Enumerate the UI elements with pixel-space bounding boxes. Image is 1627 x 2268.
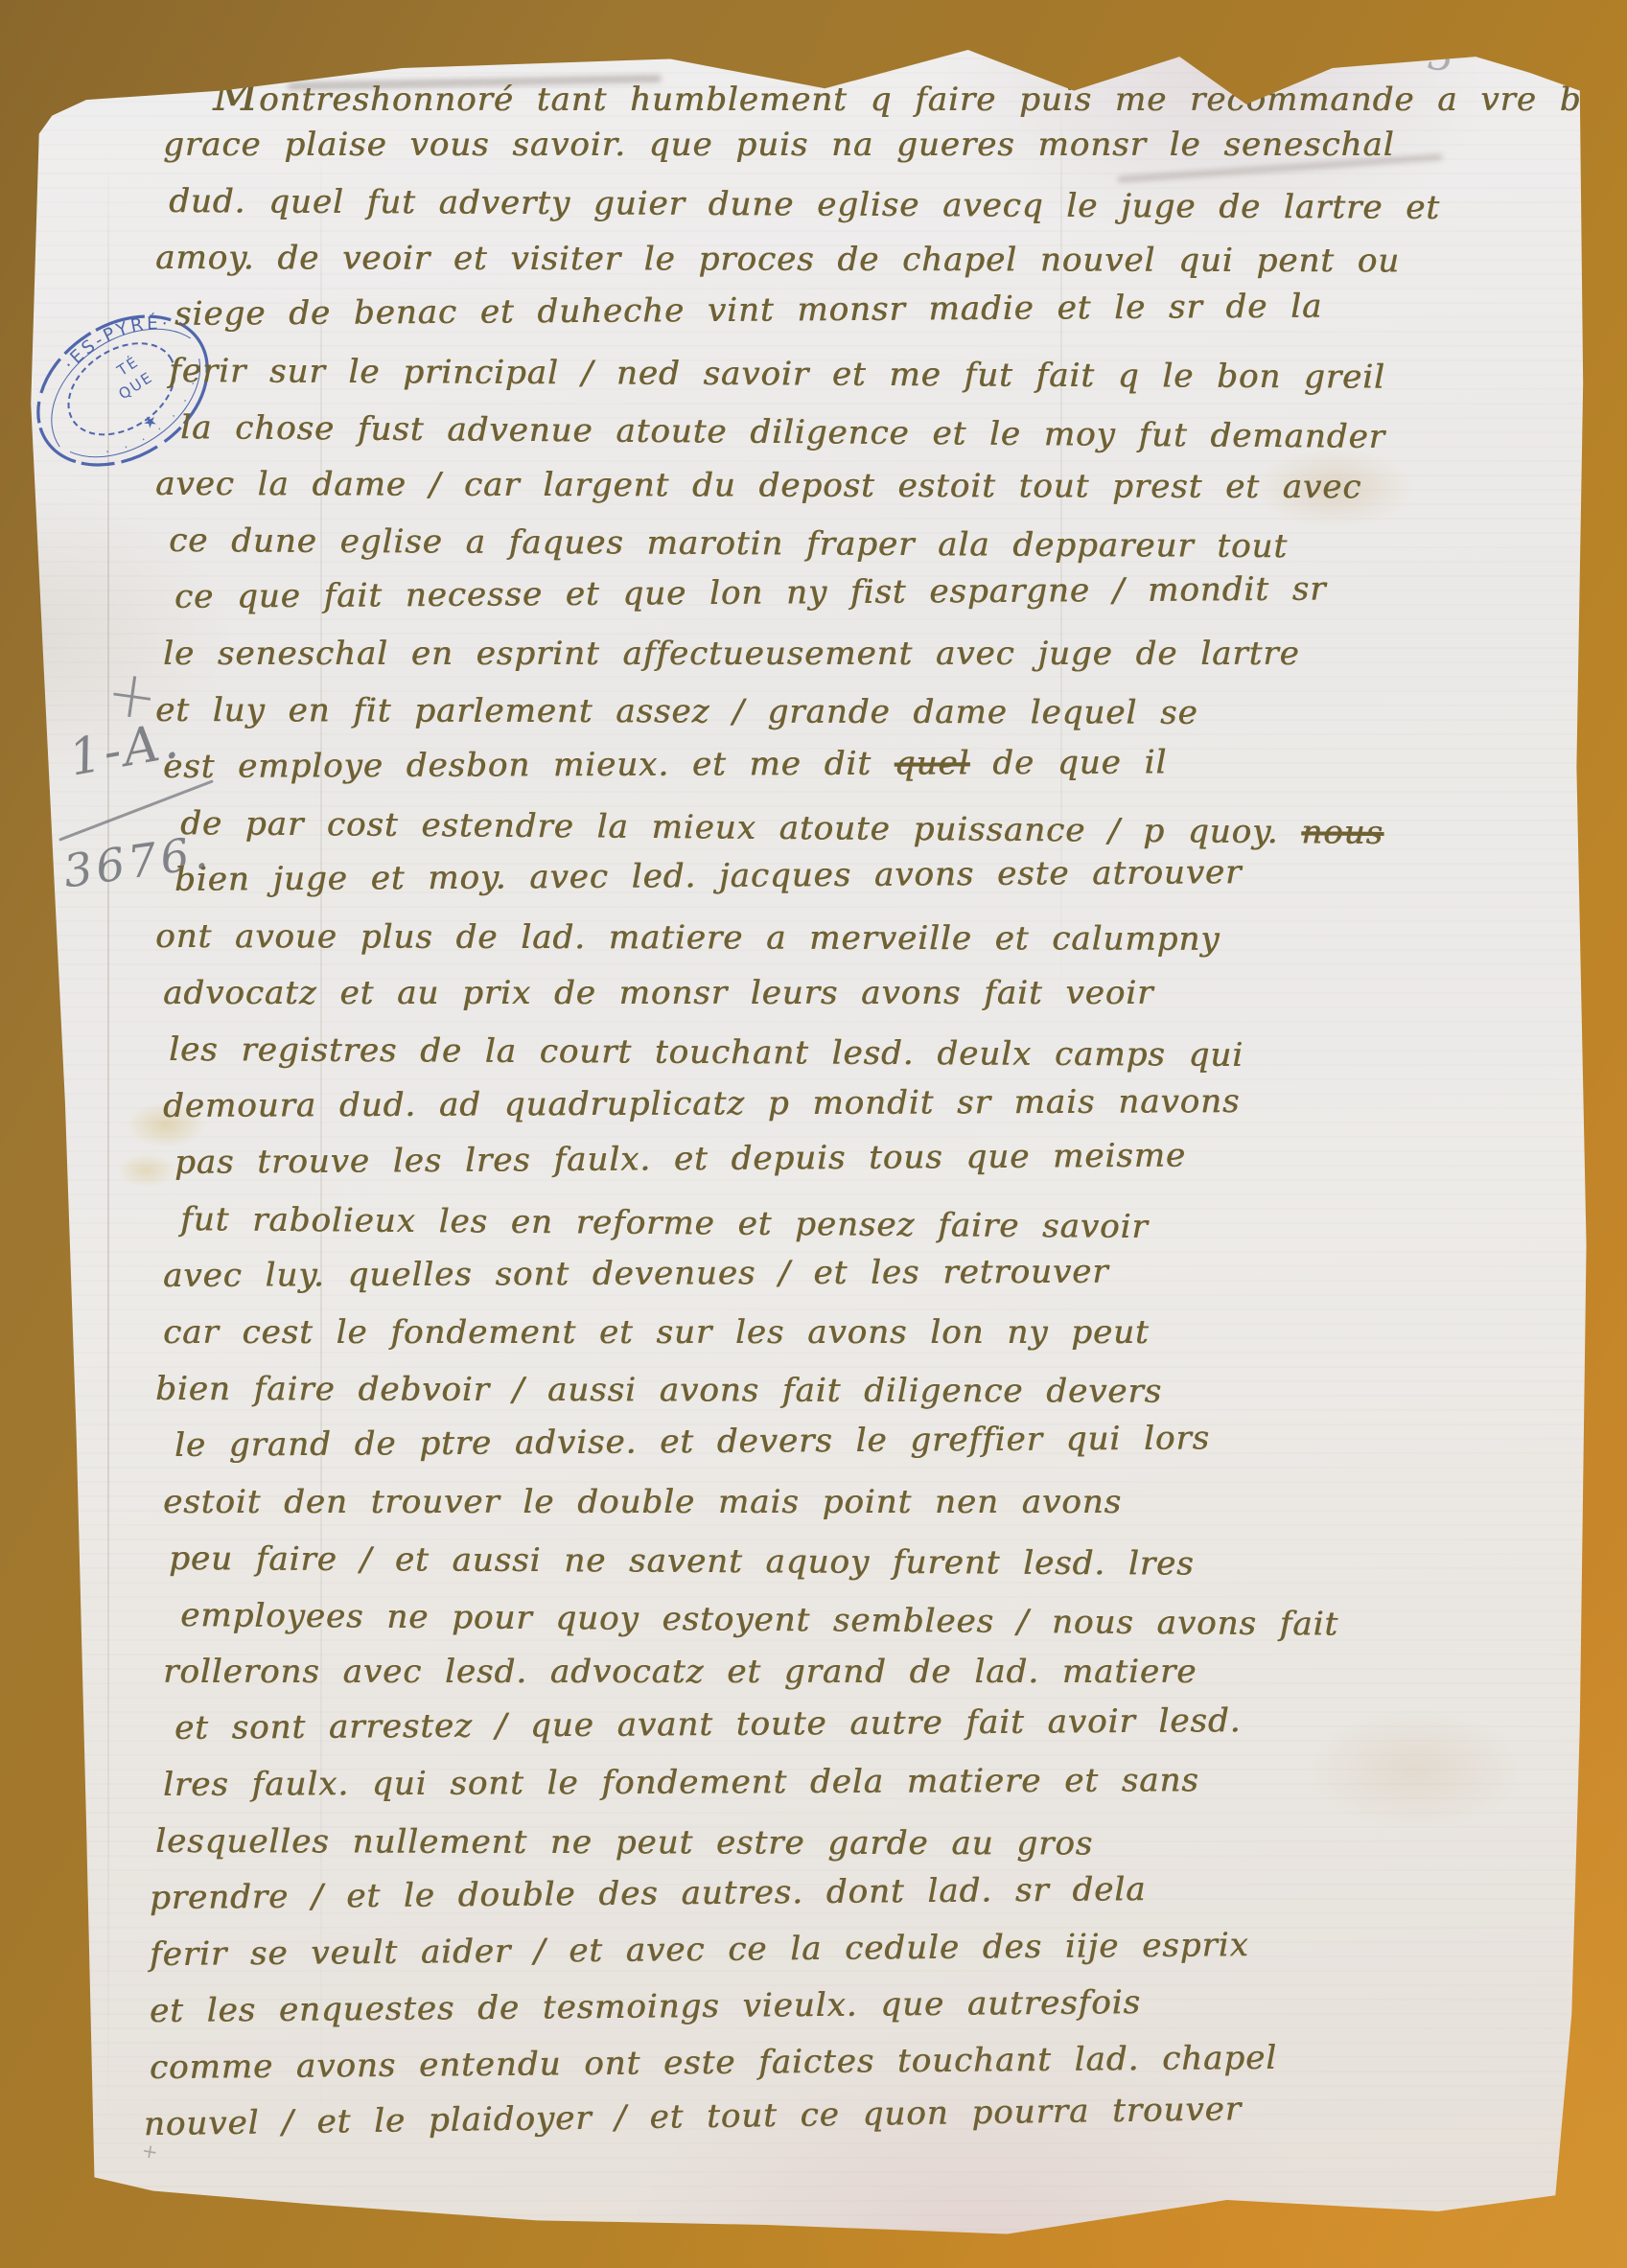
manuscript-text: Montreshonnoré tant humblement q faire p… (163, 69, 1592, 2162)
manuscript-line: employees ne pour quoy estoyent semblees… (180, 1596, 1609, 1664)
manuscript-line: ont avoue plus de lad. matiere a merveil… (155, 917, 1584, 978)
manuscript-line: estoit den trouver le double mais point … (163, 1483, 1592, 1539)
stamp-arc-text: ·ES-PYRÉ· (57, 291, 180, 393)
manuscript-line: le seneschal en esprint affectueusement … (163, 635, 1592, 691)
manuscript-line: est employe desbon mieux. et me dit quel… (163, 741, 1592, 804)
manuscript-line: ferir sur le principal / ned savoir et m… (169, 352, 1597, 416)
manuscript-line: car cest le fondement et sur les avons l… (163, 1313, 1592, 1370)
manuscript-line: le grand de ptre advise. et devers le gr… (174, 1417, 1603, 1483)
svg-text:·ES-PYRÉ·: ·ES-PYRÉ· (57, 291, 180, 393)
manuscript-line: peu faire / et aussi ne savent aquoy fur… (169, 1539, 1597, 1604)
manuscript-line: ce que fait necesse et que lon ny fist e… (174, 568, 1603, 635)
struck-word: quel (895, 744, 970, 782)
manuscript-line: grace plaise vous savoir. que puis na gu… (163, 126, 1592, 182)
manuscript-line: et sont arrestez / que avant toute autre… (174, 1700, 1603, 1766)
edge-shadow-smear (869, 24, 1069, 58)
manuscript-line: advocatz et au prix de monsr leurs avons… (163, 974, 1592, 1030)
manuscript-page: ·ES-PYRÉ· · · · · · · · TÉ QUE ★ + 1-A. … (0, 0, 1627, 2268)
manuscript-line: siege de benac et duheche vint monsr mad… (174, 286, 1603, 352)
manuscript-line: avec la dame / car largent du depost est… (155, 465, 1584, 525)
manuscript-line: bien juge et moy. avec led. jacques avon… (174, 851, 1603, 917)
manuscript-line: avec luy. quelles sont devenues / et les… (163, 1250, 1592, 1313)
struck-word: nous (1301, 813, 1383, 852)
manuscript-line: Montreshonnoré tant humblement q faire p… (213, 69, 1627, 126)
manuscript-line: lres faulx. qui sont le fondement dela m… (163, 1759, 1592, 1822)
photograph-of-manuscript: ·ES-PYRÉ· · · · · · · · TÉ QUE ★ + 1-A. … (0, 0, 1627, 2268)
manuscript-line: pas trouve les lres faulx. et depuis tou… (174, 1134, 1603, 1200)
manuscript-line: dud. quel fut adverty guier dune eglise … (169, 182, 1597, 246)
